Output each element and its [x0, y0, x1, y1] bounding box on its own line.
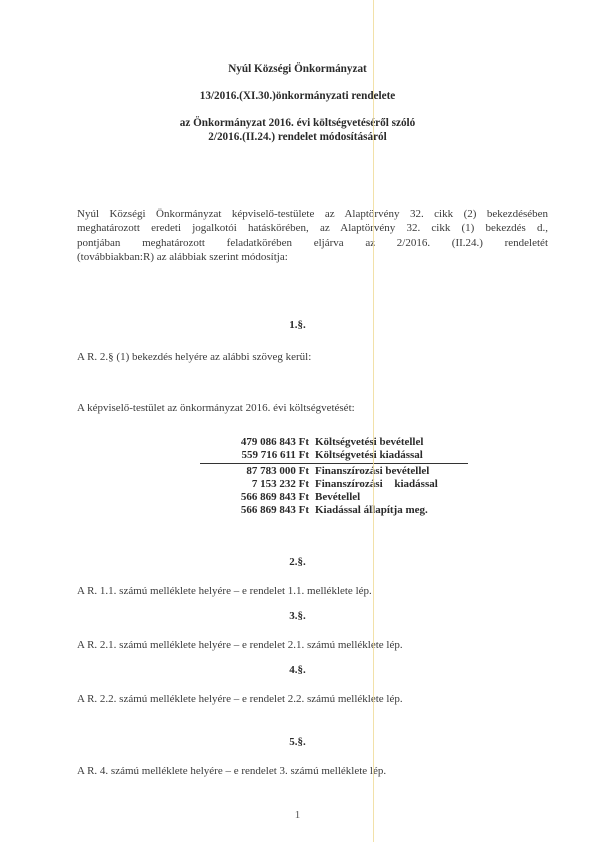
section-heading-1: 1.§.	[0, 319, 595, 331]
budget-row: 479 086 843 Ft Költségvetési bevétellel	[200, 436, 475, 449]
section-4-paragraph: A R. 2.2. számú melléklete helyére – e r…	[77, 693, 403, 705]
budget-row: 566 869 843 Ft Bevétellel	[200, 491, 475, 504]
document-page: Nyúl Községi Önkormányzat 13/2016.(XI.30…	[0, 0, 595, 842]
budget-row: 7 153 232 Ft Finanszírozási kiadással	[200, 478, 475, 491]
budget-label: Bevétellel	[315, 491, 475, 504]
budget-amount: 7 153 232 Ft	[200, 478, 315, 491]
budget-amount: 87 783 000 Ft	[200, 465, 315, 478]
preamble-line: meghatározott eredeti jogalkotói hatáskö…	[77, 221, 548, 235]
authority-title: Nyúl Községi Önkormányzat	[0, 63, 595, 75]
section-1-paragraph: A R. 2.§ (1) bekezdés helyére az alábbi …	[77, 351, 311, 363]
section-heading-3: 3.§.	[0, 610, 595, 622]
budget-label: Kiadással állapítja meg.	[315, 504, 475, 517]
preamble-line: pontjában meghatározott feladatkörében e…	[77, 236, 548, 250]
section-3-paragraph: A R. 2.1. számú melléklete helyére – e r…	[77, 639, 403, 651]
budget-amount: 566 869 843 Ft	[200, 504, 315, 517]
preamble-line: Nyúl Községi Önkormányzat képviselő-test…	[77, 207, 548, 221]
decree-subject-line-2: 2/2016.(II.24.) rendelet módosításáról	[0, 131, 595, 143]
budget-label: Finanszírozási kiadással	[315, 478, 475, 491]
budget-amount: 479 086 843 Ft	[200, 436, 315, 449]
budget-table: 479 086 843 Ft Költségvetési bevétellel …	[200, 436, 475, 518]
budget-label: Költségvetési bevétellel	[315, 436, 475, 449]
section-5-paragraph: A R. 4. számú melléklete helyére – e ren…	[77, 765, 386, 777]
section-1-budget-intro: A képviselő-testület az önkormányzat 201…	[77, 402, 355, 414]
budget-row: 559 716 611 Ft Költségvetési kiadással	[200, 449, 475, 462]
decree-number: 13/2016.(XI.30.)önkormányzati rendelete	[0, 90, 595, 102]
section-heading-4: 4.§.	[0, 664, 595, 676]
budget-amount: 559 716 611 Ft	[200, 449, 315, 462]
budget-amount: 566 869 843 Ft	[200, 491, 315, 504]
preamble-paragraph: Nyúl Községi Önkormányzat képviselő-test…	[77, 207, 548, 265]
budget-row: 87 783 000 Ft Finanszírozási bevétellel	[200, 465, 475, 478]
section-heading-5: 5.§.	[0, 736, 595, 748]
budget-divider	[200, 463, 468, 464]
budget-row: 566 869 843 Ft Kiadással állapítja meg.	[200, 504, 475, 517]
section-heading-2: 2.§.	[0, 556, 595, 568]
budget-label: Költségvetési kiadással	[315, 449, 475, 462]
decree-subject-line-1: az Önkormányzat 2016. évi költségvetésér…	[0, 117, 595, 129]
budget-label: Finanszírozási bevétellel	[315, 465, 475, 478]
section-2-paragraph: A R. 1.1. számú melléklete helyére – e r…	[77, 585, 372, 597]
preamble-line: (továbbiakban:R) az alábbiak szerint mód…	[77, 250, 548, 264]
scan-artifact-line	[373, 0, 374, 842]
page-number: 1	[0, 809, 595, 821]
